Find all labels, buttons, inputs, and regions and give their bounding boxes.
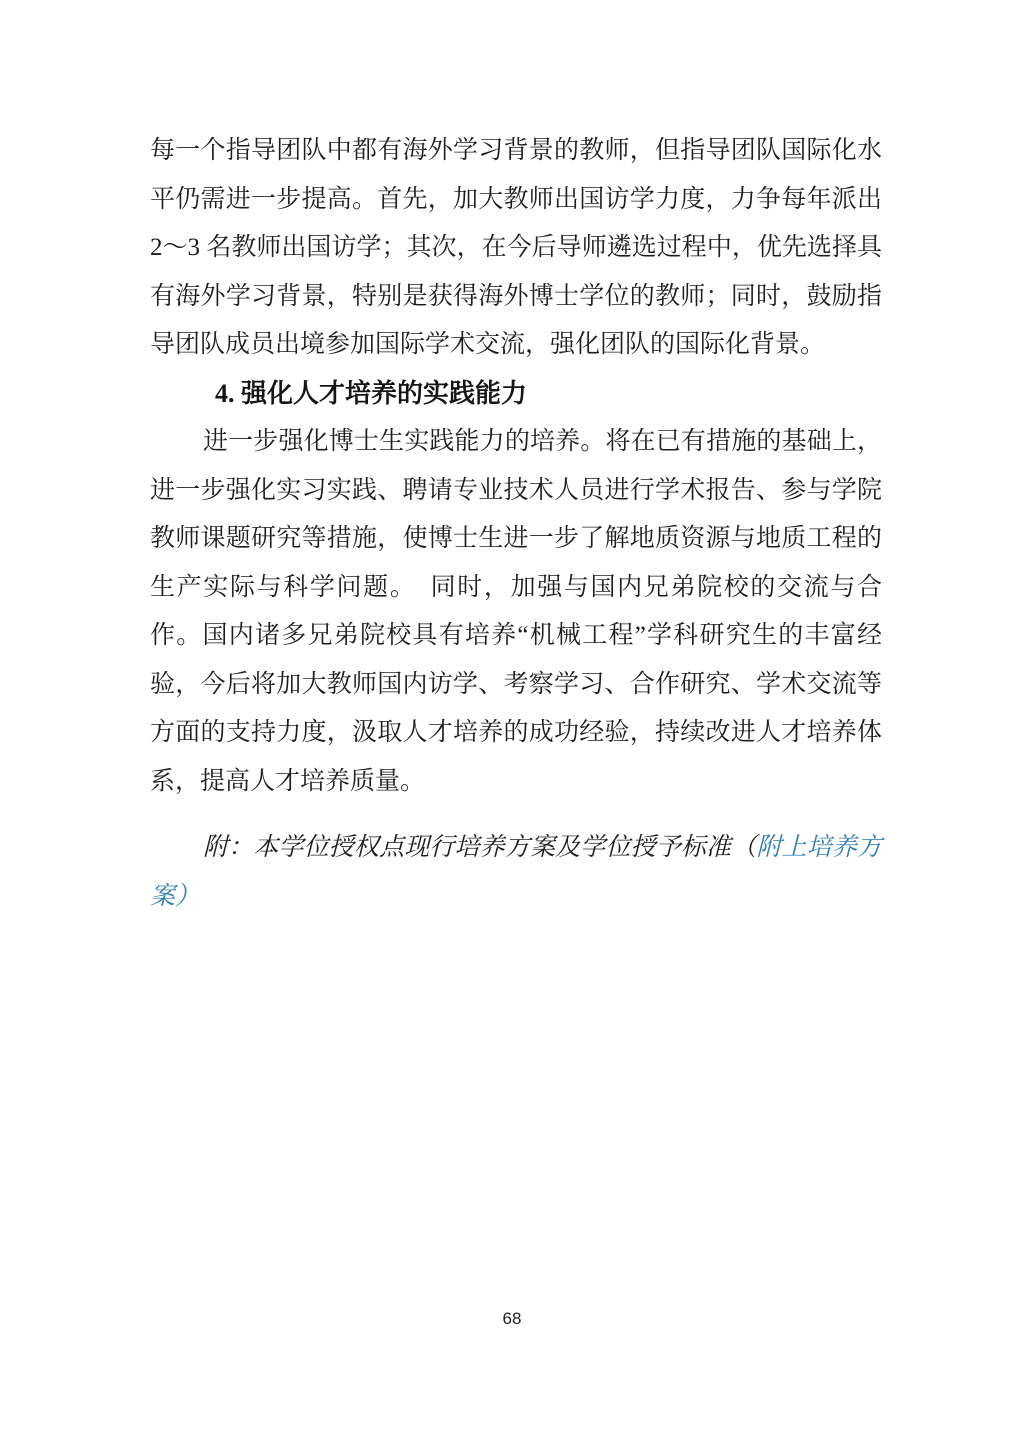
page-footer: 68 bbox=[0, 1307, 1024, 1331]
page-number: 68 bbox=[503, 1309, 522, 1328]
section-heading-4: 4. 强化人才培养的实践能力 bbox=[150, 370, 882, 419]
paragraph-practical-ability: 进一步强化博士生实践能力的培养。将在已有措施的基础上，进一步强化实习实践、聘请专… bbox=[150, 418, 882, 806]
attachment-note: 附：本学位授权点现行培养方案及学位授予标准（附上培养方案） bbox=[150, 824, 882, 921]
document-body: 每一个指导团队中都有海外学习背景的教师，但指导团队国际化水平仍需进一步提高。首先… bbox=[150, 127, 882, 921]
attachment-text: 附：本学位授权点现行培养方案及学位授予标准（ bbox=[203, 834, 756, 861]
paragraph-internationalization: 每一个指导团队中都有海外学习背景的教师，但指导团队国际化水平仍需进一步提高。首先… bbox=[150, 127, 882, 370]
